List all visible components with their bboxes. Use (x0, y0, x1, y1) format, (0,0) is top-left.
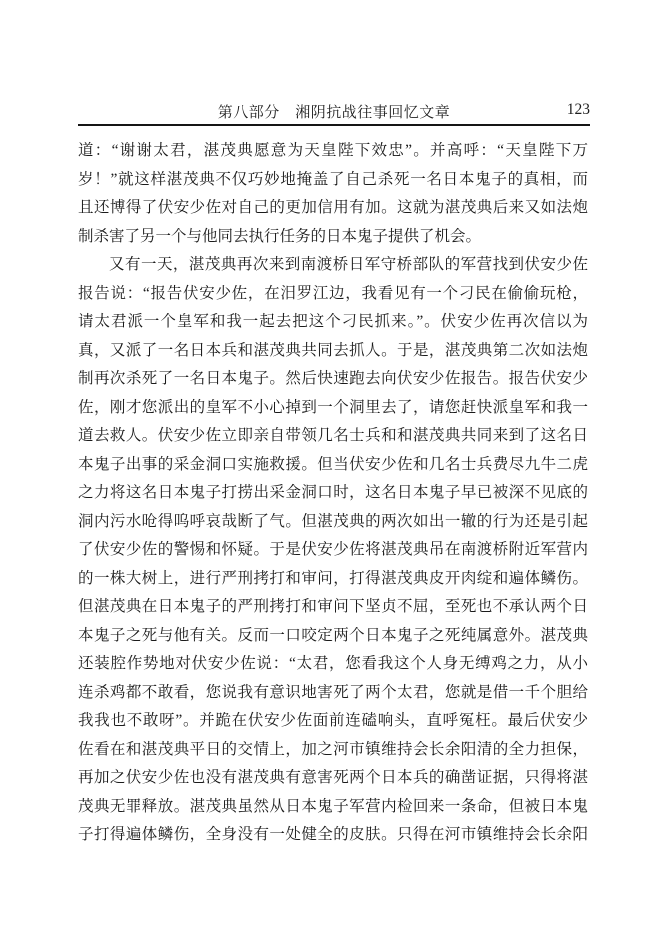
text-line: 之力将这名日本鬼子打捞出采金洞口时，这名日本鬼子早已被深不见底的 (78, 479, 588, 508)
text-line paragraph-end: 制杀害了另一个与他同去执行任务的日本鬼子提供了机会。 (78, 223, 588, 252)
text-line: 了伏安少佐的警惕和怀疑。于是伏安少佐将湛茂典吊在南渡桥附近军营内 (78, 536, 588, 565)
text-line: 的一株大树上，进行严刑拷打和审问，打得湛茂典皮开肉绽和遍体鳞伤。 (78, 565, 588, 594)
text-line: 我我也不敢呀”。并跪在伏安少佐面前连磕响头，直呼冤枉。最后伏安少 (78, 707, 588, 736)
text-line: 佐看在和湛茂典平日的交情上，加之河市镇维持会长余阳清的全力担保， (78, 736, 588, 765)
text-line: 茂典无罪释放。湛茂典虽然从日本鬼子军营内检回来一条命，但被日本鬼 (78, 793, 588, 822)
text-line: 佐，刚才您派出的皇军不小心掉到一个洞里去了，请您赶快派皇军和我一 (78, 394, 588, 423)
text-line: 真，又派了一名日本兵和湛茂典共同去抓人。于是，湛茂典第二次如法炮 (78, 337, 588, 366)
text-line: 制再次杀死了一名日本鬼子。然后快速跑去向伏安少佐报告。报告伏安少 (78, 365, 588, 394)
text-line: 报告说：“报告伏安少佐，在汨罗江边，我看见有一个刁民在偷偷玩枪， (78, 280, 588, 309)
text-line: 岁！”就这样湛茂典不仅巧妙地掩盖了自己杀死一名日本鬼子的真相，而 (78, 166, 588, 195)
text-line: 连杀鸡都不敢看，您说我有意识地害死了两个太君，您就是借一千个胆给 (78, 679, 588, 708)
text-line paragraph-start: 又有一天，湛茂典再次来到南渡桥日军守桥部队的军营找到伏安少佐 (78, 251, 588, 280)
running-head-title: 第八部分 湘阴抗战往事回忆文章 (78, 101, 590, 122)
book-page: 第八部分 湘阴抗战往事回忆文章 123 道：“谢谢太君，湛茂典愿意为天皇陛下效忠… (0, 0, 665, 929)
text-line: 再加之伏安少佐也没有湛茂典有意害死两个日本兵的确凿证据，只得将湛 (78, 764, 588, 793)
page-header: 第八部分 湘阴抗战往事回忆文章 123 (78, 101, 590, 123)
body-text: 道：“谢谢太君，湛茂典愿意为天皇陛下效忠”。并高呼：“天皇陛下万 岁！”就这样湛… (78, 137, 588, 850)
text-line: 本鬼子之死与他有关。反而一口咬定两个日本鬼子之死纯属意外。湛茂典 (78, 622, 588, 651)
text-line: 请太君派一个皇军和我一起去把这个刁民抓来。”。伏安少佐再次信以为 (78, 308, 588, 337)
header-rule (78, 124, 590, 126)
text-line: 且还博得了伏安少佐对自己的更加信用有加。这就为湛茂典后来又如法炮 (78, 194, 588, 223)
text-line: 本鬼子出事的采金洞口实施救援。但当伏安少佐和几名士兵费尽九牛二虎 (78, 451, 588, 480)
page-number: 123 (567, 101, 590, 119)
text-line: 道去救人。伏安少佐立即亲自带领几名士兵和和湛茂典共同来到了这名日 (78, 422, 588, 451)
text-line: 还装腔作势地对伏安少佐说：“太君，您看我这个人身无缚鸡之力，从小 (78, 650, 588, 679)
text-line: 子打得遍体鳞伤，全身没有一处健全的皮肤。只得在河市镇维持会长余阳 (78, 821, 588, 850)
text-line: 但湛茂典在日本鬼子的严刑拷打和审问下坚贞不屈，至死也不承认两个日 (78, 593, 588, 622)
text-line: 道：“谢谢太君，湛茂典愿意为天皇陛下效忠”。并高呼：“天皇陛下万 (78, 137, 588, 166)
text-line: 洞内污水呛得呜呼哀哉断了气。但湛茂典的两次如出一辙的行为还是引起 (78, 508, 588, 537)
